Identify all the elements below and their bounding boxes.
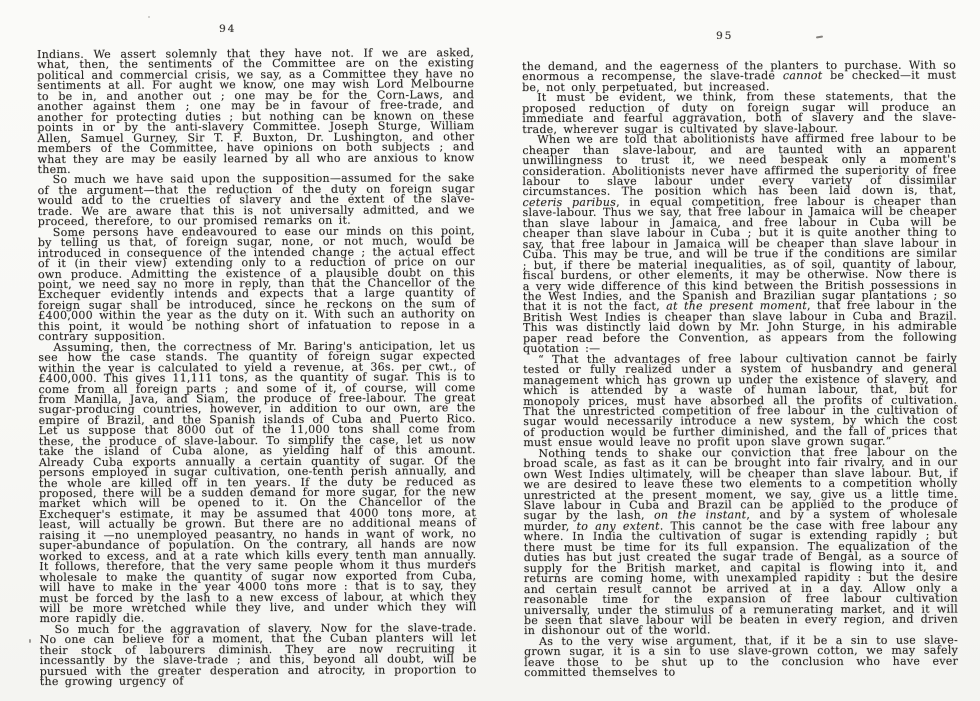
paragraph: It must be evident, we think, from these… [522,92,956,135]
paragraph: Indians. We assert solemnly that they ha… [37,48,475,175]
paragraph: Nothing tends to shake our conviction th… [523,447,958,637]
book-scan-spread: 94 95 Indians. We assert solemnly that t… [0,0,980,701]
paragraph: “ That the advantages of free labour cul… [523,353,957,449]
page-left-body: Indians. We assert solemnly that they ha… [37,48,477,688]
scan-artifact-speck [29,639,31,643]
paragraph: So much we have said upon the suppositio… [38,174,475,228]
paragraph: the demand, and the eagerness of the pla… [522,60,956,93]
scan-artifact-speck [466,272,469,274]
page-number-right: 95 [716,30,733,42]
paragraph: So much for the aggravation of slavery. … [40,623,477,688]
paragraph: Some persons have endeavoured to ease ou… [38,226,475,343]
scan-artifact-speck [148,16,150,18]
paragraph: When we are told that abolitionists have… [522,134,957,355]
page-number-left: 94 [219,23,236,35]
paragraph: Assuming, then, the correctness of Mr. B… [38,341,476,625]
page-right-body: the demand, and the eagerness of the pla… [522,60,958,678]
paragraph: As to the very wise argument, that, if i… [524,635,958,678]
scan-artifact-dash [816,36,823,39]
